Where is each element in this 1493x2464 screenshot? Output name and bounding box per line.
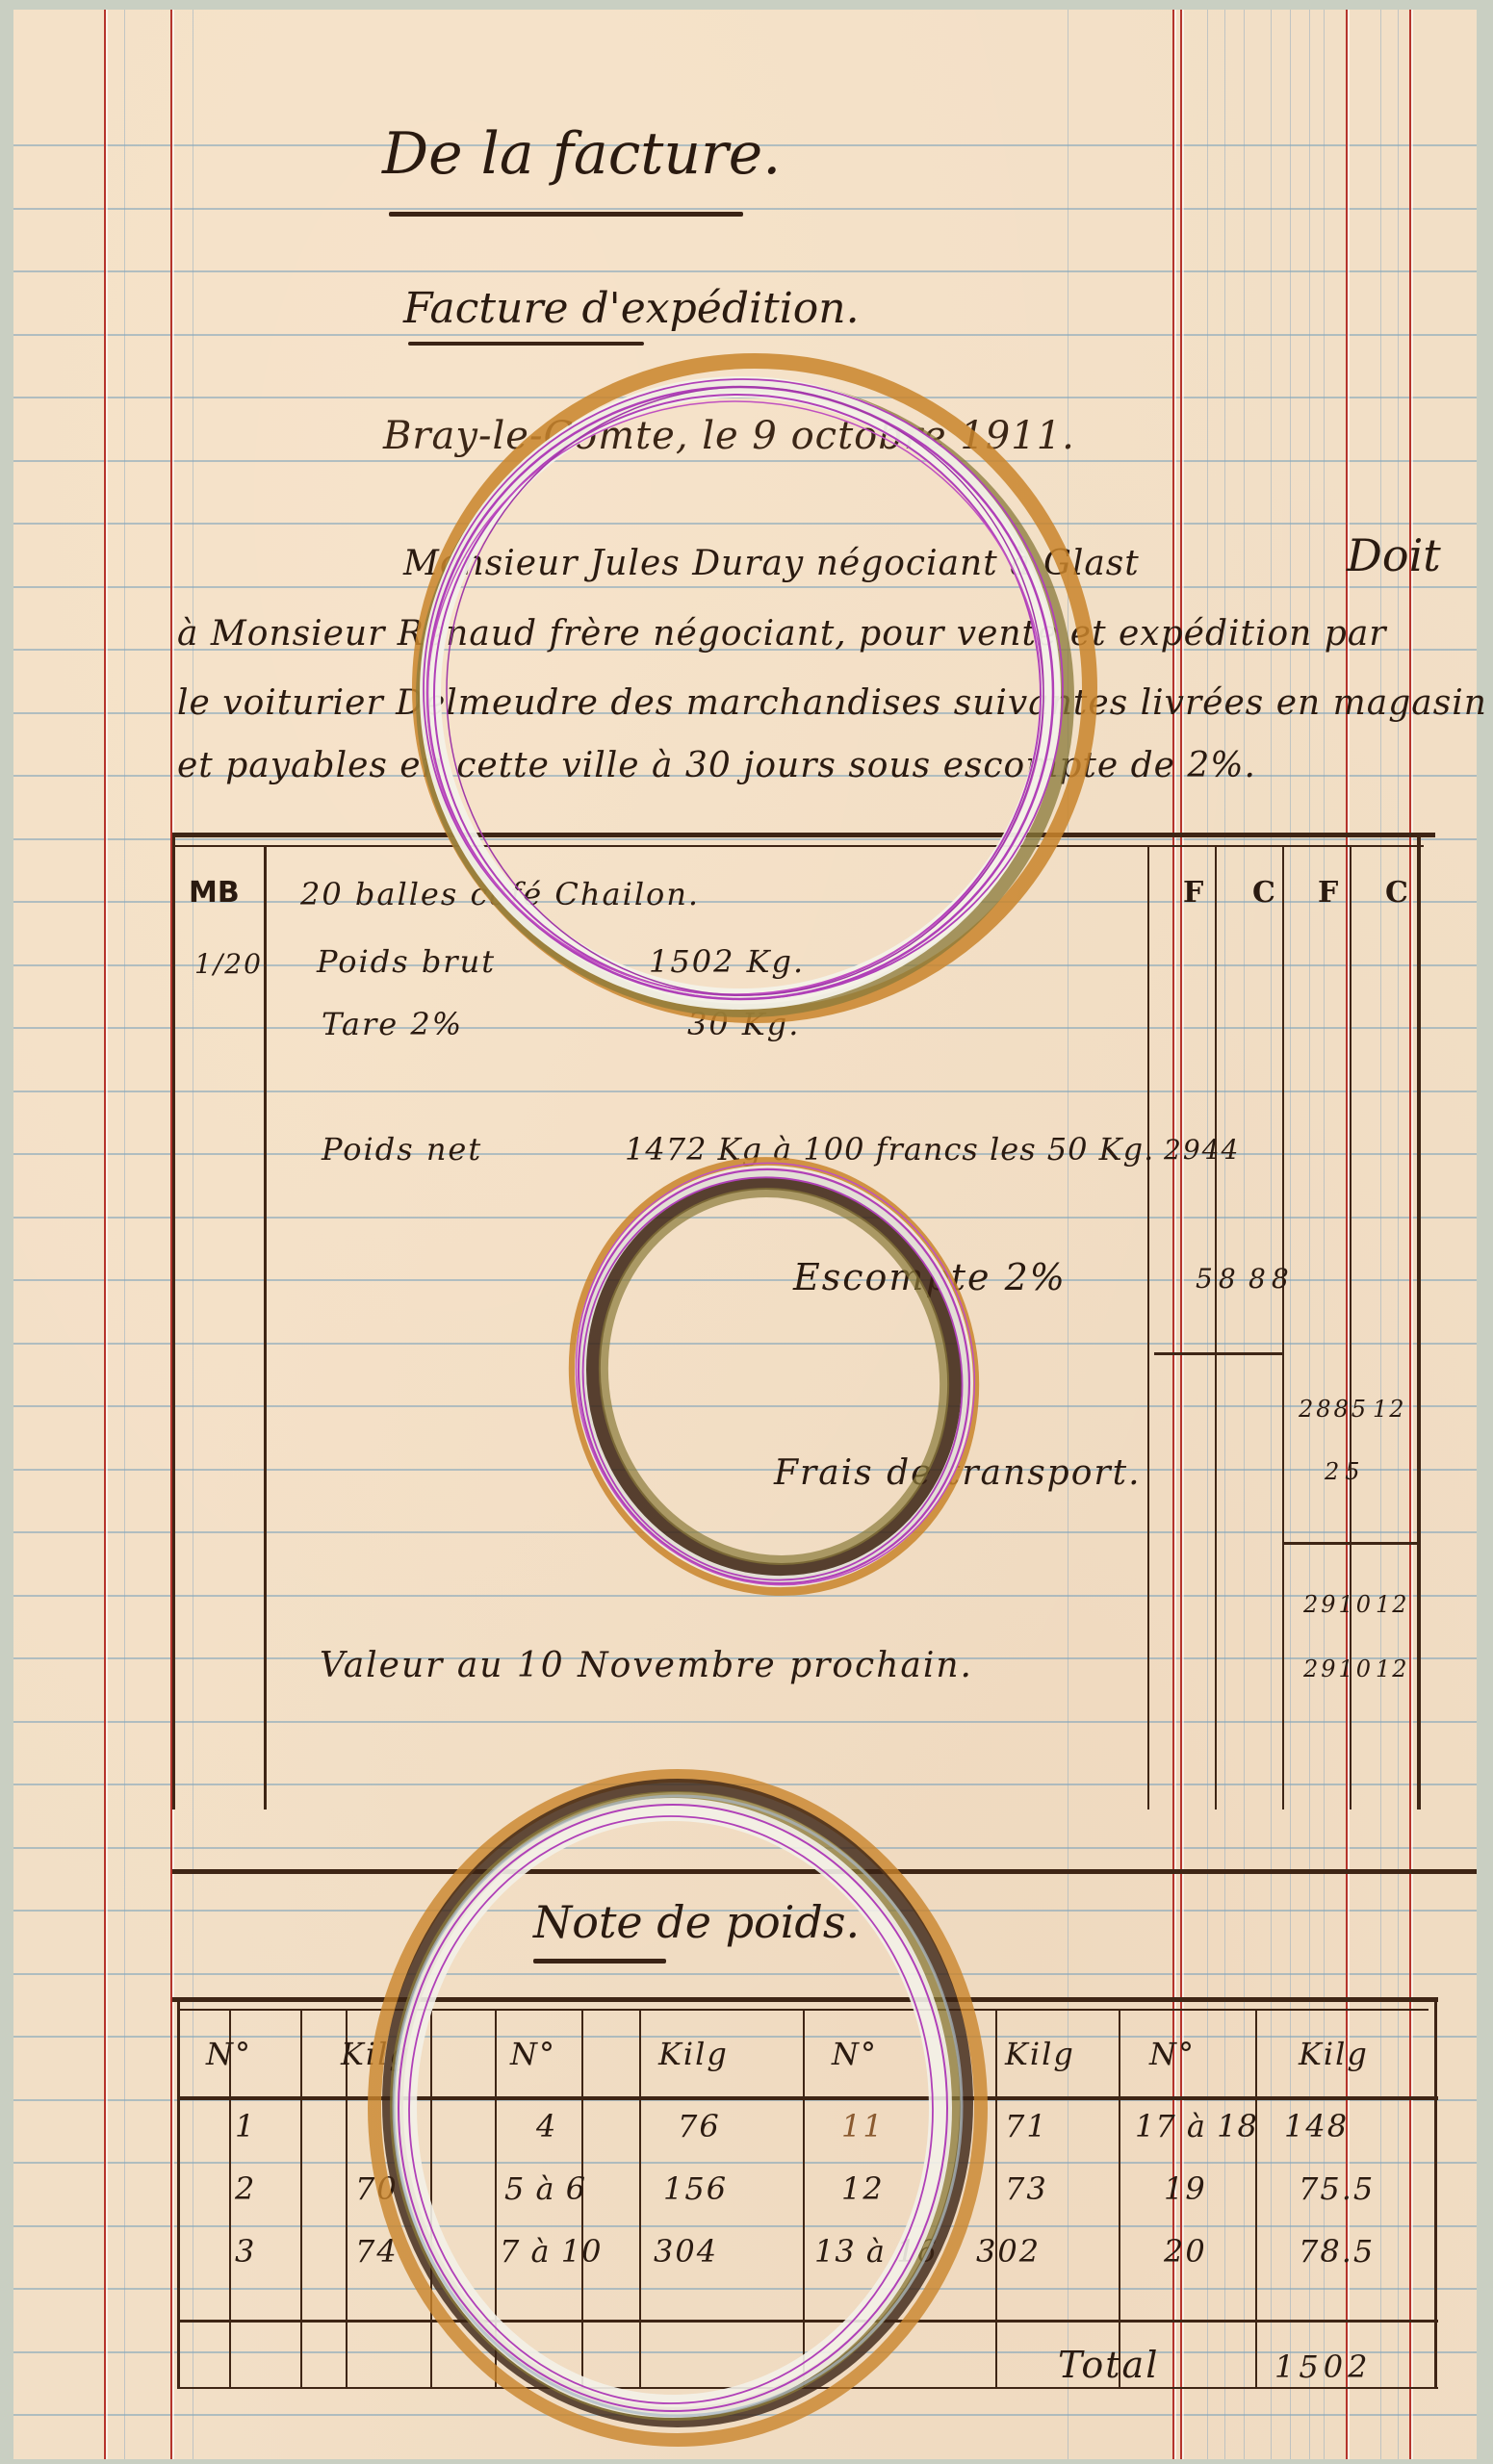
ruled-line	[13, 1784, 1477, 1785]
weight-cell: 302	[976, 2233, 1041, 2270]
thread-ring-small	[528, 1118, 1023, 1634]
ruled-line	[13, 2225, 1477, 2227]
subtotal-francs: 2885	[1299, 1396, 1369, 1423]
table-top-border	[172, 833, 1435, 837]
weight-col-border	[803, 2009, 805, 2389]
weight-cell: 12	[841, 2170, 885, 2207]
weight-cell: 17 à 18	[1135, 2108, 1258, 2144]
table-top-border-inner	[172, 845, 1424, 847]
col-header-francs: F	[1183, 876, 1203, 910]
weight-table-header-rule	[177, 2096, 1438, 2100]
amount-column-divider	[1215, 845, 1217, 1809]
tare-label: Tare 2%	[322, 1006, 463, 1042]
weight-col-border	[1255, 2009, 1257, 2389]
ruled-line	[13, 1217, 1477, 1219]
letter-line-3: le voiturier Delmeudre des marchandises …	[177, 683, 1487, 723]
ruled-line	[13, 270, 1477, 272]
ruled-line	[13, 208, 1477, 210]
weight-cell: 5 à 6	[504, 2170, 586, 2207]
margin-line-red	[1180, 10, 1182, 2459]
margin-line-red	[1346, 10, 1348, 2459]
margin-line-red	[1409, 10, 1411, 2459]
weight-cell: 74	[355, 2233, 399, 2270]
weight-cell: 78.5	[1299, 2233, 1375, 2270]
weight-col-border	[495, 2009, 497, 2389]
table-right-border	[1417, 833, 1421, 1809]
item-description: 20 balles café Chailon.	[300, 876, 700, 912]
ruled-line	[13, 2162, 1477, 2164]
transport-label: Frais de transport.	[774, 1453, 1142, 1493]
ruled-line	[13, 2288, 1477, 2290]
net-weight-label: Poids net	[322, 1131, 482, 1168]
ruled-line	[13, 523, 1477, 525]
letter-line-4: et payables en cette ville à 30 jours so…	[177, 746, 1256, 785]
weight-cell: 70	[355, 2170, 399, 2207]
transport-francs: 25	[1325, 1458, 1366, 1485]
ruled-line	[13, 586, 1477, 588]
subtotal-rule	[1154, 1352, 1284, 1355]
weight-cell: 19	[1164, 2170, 1207, 2207]
total-francs: 2910	[1303, 1591, 1374, 1618]
ruled-line	[13, 2351, 1477, 2353]
weight-col-border	[177, 1997, 180, 2389]
weight-table-top	[172, 1997, 1438, 2002]
col-header-centimes: C	[1252, 876, 1275, 910]
net-amount-francs: 2944	[1164, 1134, 1240, 1166]
subtotal-centimes: 12	[1373, 1396, 1406, 1423]
weight-header-no: N°	[1149, 2036, 1196, 2072]
discount-label: Escompte 2%	[793, 1256, 1067, 1298]
weight-col-border	[1434, 1997, 1437, 2389]
tare-value: 30 Kg.	[687, 1006, 800, 1042]
weight-header-no: N°	[510, 2036, 556, 2072]
section-subtitle: Facture d'expédition.	[403, 284, 860, 333]
ruled-line	[13, 838, 1477, 840]
value-francs: 2910	[1303, 1655, 1374, 1682]
grid-line	[1309, 10, 1310, 2459]
section-separator	[172, 1869, 1477, 1874]
grid-line	[124, 10, 125, 2459]
ruled-line	[13, 1595, 1477, 1597]
page-title: De la facture.	[382, 120, 781, 188]
ruled-line	[13, 1091, 1477, 1092]
grid-line	[1290, 10, 1291, 2459]
weight-cell: 1	[235, 2108, 256, 2144]
grid-line	[193, 10, 193, 2459]
title-underline	[389, 212, 743, 217]
weight-cell: 2	[235, 2170, 256, 2207]
thread-rings-artwork	[13, 10, 1477, 2459]
grid-line	[1380, 10, 1381, 2459]
weight-header-kilg: Kilg	[1005, 2036, 1075, 2072]
ruled-line	[13, 1973, 1477, 1975]
grid-line	[1244, 10, 1245, 2459]
margin-line-red	[104, 10, 106, 2459]
discount-centimes: 88	[1248, 1263, 1295, 1295]
weight-cell: 71	[1005, 2108, 1048, 2144]
mark-header: MB	[189, 876, 240, 910]
letter-doit: Doit	[1347, 529, 1441, 581]
weight-cell: 156	[663, 2170, 728, 2207]
weight-cell: 11	[841, 2108, 885, 2144]
ruled-line	[13, 334, 1477, 336]
weight-total-value: 1502	[1274, 2348, 1372, 2385]
weight-col-border	[639, 2009, 641, 2389]
weight-header-no: N°	[832, 2036, 878, 2072]
date-line: Bray-le-Comte, le 9 octobre 1911.	[383, 414, 1075, 458]
weight-header-kilg: Kilg	[658, 2036, 729, 2072]
weight-cell: 76	[678, 2108, 721, 2144]
ledger-page: De la facture. Facture d'expédition. Bra…	[13, 10, 1477, 2459]
grid-line	[1271, 10, 1272, 2459]
weight-note-title: Note de poids.	[533, 1896, 860, 1948]
weight-cell: 3	[235, 2233, 256, 2270]
letter-line-2: à Monsieur Renaud frère négociant, pour …	[177, 614, 1387, 654]
subtitle-underline	[408, 342, 644, 346]
grid-line	[1324, 10, 1325, 2459]
weight-cell: 148	[1284, 2108, 1349, 2144]
margin-line-red	[1172, 10, 1174, 2459]
weight-header-kilg: Kilg	[1299, 2036, 1369, 2072]
weight-col-border	[300, 2009, 302, 2389]
mark-column-divider	[264, 845, 267, 1809]
total-centimes: 12	[1376, 1591, 1409, 1618]
col-header-centimes: C	[1385, 876, 1408, 910]
weight-col-border	[995, 2009, 997, 2389]
col-header-francs: F	[1318, 876, 1338, 910]
ruled-line	[13, 1847, 1477, 1849]
mark-number: 1/20	[194, 948, 263, 980]
ruled-line	[13, 1469, 1477, 1471]
weight-cell: 75.5	[1299, 2170, 1375, 2207]
grid-line	[1224, 10, 1225, 2459]
weight-table-total-rule	[177, 2320, 1438, 2323]
weight-header-kilg: Kilg	[341, 2036, 411, 2072]
gross-weight-value: 1502 Kg.	[649, 943, 805, 980]
weight-cell: 20	[1164, 2233, 1207, 2270]
ruled-line	[13, 460, 1477, 462]
value-centimes: 12	[1376, 1655, 1409, 1682]
ruled-line	[13, 397, 1477, 398]
ruled-line	[13, 1531, 1477, 1533]
amount-column-divider	[1282, 845, 1284, 1809]
weight-total-label: Total	[1058, 2344, 1159, 2386]
grid-line	[1398, 10, 1399, 2459]
ruled-line	[13, 2414, 1477, 2416]
weight-note-underline	[533, 1959, 666, 1963]
weight-col-border	[430, 2009, 432, 2389]
weight-header-no: N°	[206, 2036, 252, 2072]
weight-cell: 13 à 16	[814, 2233, 938, 2270]
amount-column-divider	[1147, 845, 1149, 1809]
weight-cell: 73	[1005, 2170, 1048, 2207]
net-weight-value: 1472 Kg à 100 francs les 50 Kg.	[625, 1131, 1154, 1168]
grid-line	[1068, 10, 1068, 2459]
weight-col-border	[1119, 2009, 1120, 2389]
weight-cell: 4	[536, 2108, 557, 2144]
value-date-label: Valeur au 10 Novembre prochain.	[320, 1646, 973, 1685]
ruled-line	[13, 1721, 1477, 1723]
table-left-border	[172, 833, 175, 1809]
weight-cell: 7 à 10	[500, 2233, 603, 2270]
subtotal-rule	[1284, 1542, 1419, 1545]
gross-weight-label: Poids brut	[317, 943, 496, 980]
weight-table-bottom	[177, 2387, 1438, 2389]
ruled-line	[13, 1405, 1477, 1407]
grid-line	[1207, 10, 1208, 2459]
weight-cell: 304	[654, 2233, 718, 2270]
ruled-line	[13, 1343, 1477, 1345]
discount-francs: 58	[1196, 1263, 1242, 1295]
letter-line-1: Monsieur Jules Duray négociant à Glast	[403, 544, 1140, 583]
